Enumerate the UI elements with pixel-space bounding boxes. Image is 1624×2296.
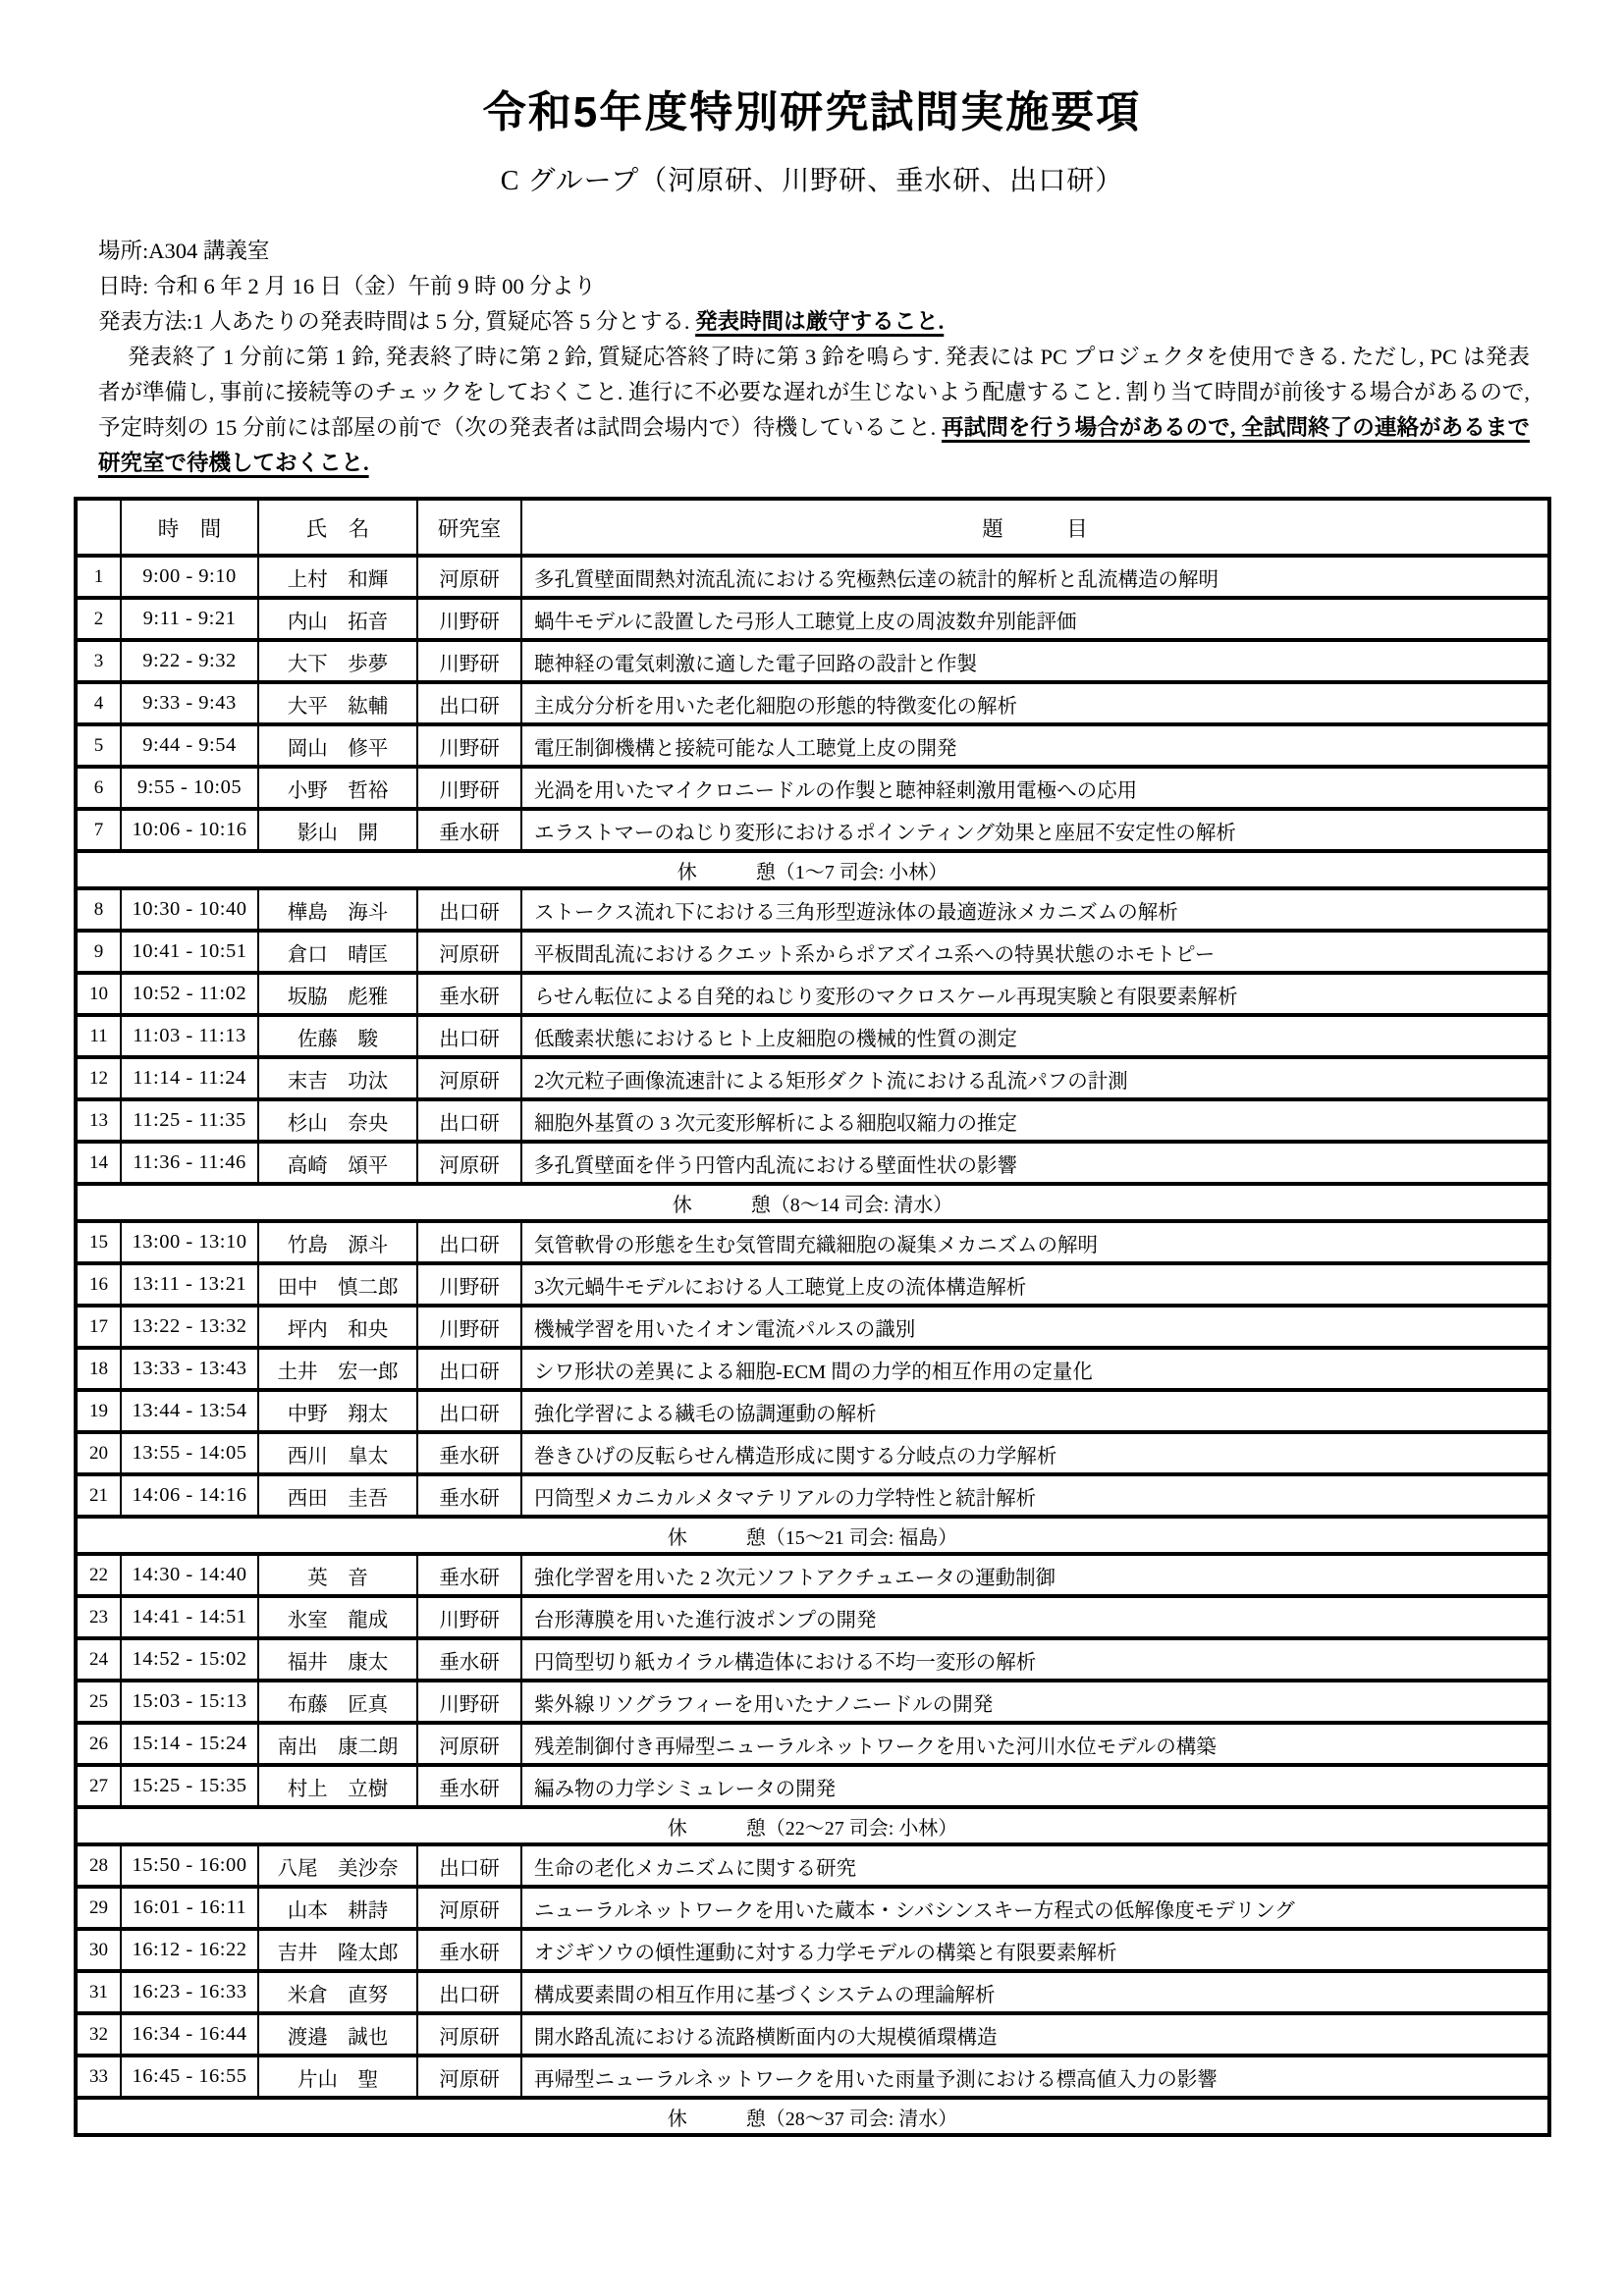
- title-cell: 光渦を用いたマイクロニードルの作製と聴神経刺激用電極への応用: [521, 767, 1549, 809]
- row-number-cell: 11: [76, 1015, 121, 1057]
- break-row: 休 憩（8～14 司会: 清水）: [76, 1184, 1549, 1221]
- schedule-table: 時 間氏 名研究室題 目 19:00 - 9:10上村 和輝河原研多孔質壁面間熱…: [74, 497, 1551, 2137]
- row-number-cell: 22: [76, 1554, 121, 1596]
- name-cell: 片山 聖: [258, 2056, 417, 2098]
- column-header-time: 時 間: [121, 499, 258, 556]
- time-cell: 11:25 - 11:35: [121, 1099, 258, 1142]
- title-cell: 電圧制御機構と接続可能な人工聴覚上皮の開発: [521, 724, 1549, 767]
- break-row: 休 憩（15～21 司会: 福島）: [76, 1517, 1549, 1554]
- title-cell: 気管軟骨の形態を生む気管間充織細胞の凝集メカニズムの解明: [521, 1221, 1549, 1263]
- page-title: 令和5年度特別研究試問実施要項: [0, 0, 1624, 139]
- title-cell: 多孔質壁面を伴う円管内乱流における壁面性状の影響: [521, 1142, 1549, 1184]
- lab-cell: 川野研: [417, 1681, 521, 1723]
- lab-cell: 川野研: [417, 640, 521, 682]
- time-cell: 9:22 - 9:32: [121, 640, 258, 682]
- table-row: 1813:33 - 13:43土井 宏一郎出口研シワ形状の差異による細胞-ECM…: [76, 1348, 1549, 1390]
- title-cell: 機械学習を用いたイオン電流パルスの識別: [521, 1306, 1549, 1348]
- name-cell: 英 音: [258, 1554, 417, 1596]
- time-cell: 15:50 - 16:00: [121, 1844, 258, 1887]
- row-number-cell: 14: [76, 1142, 121, 1184]
- name-cell: 村上 立樹: [258, 1765, 417, 1807]
- title-cell: 円筒型メカニカルメタマテリアルの力学特性と統計解析: [521, 1474, 1549, 1517]
- title-cell: 聴神経の電気刺激に適した電子回路の設計と作製: [521, 640, 1549, 682]
- table-row: 2515:03 - 15:13布藤 匠真川野研紫外線リソグラフィーを用いたナノニ…: [76, 1681, 1549, 1723]
- row-number-cell: 18: [76, 1348, 121, 1390]
- time-cell: 13:00 - 13:10: [121, 1221, 258, 1263]
- row-number-cell: 3: [76, 640, 121, 682]
- table-row: 910:41 - 10:51倉口 晴匡河原研平板間乱流におけるクエット系からポア…: [76, 931, 1549, 973]
- title-cell: 巻きひげの反転らせん構造形成に関する分岐点の力学解析: [521, 1432, 1549, 1474]
- lab-cell: 出口研: [417, 1348, 521, 1390]
- row-number-cell: 25: [76, 1681, 121, 1723]
- title-cell: 蝸牛モデルに設置した弓形人工聴覚上皮の周波数弁別能評価: [521, 598, 1549, 640]
- lab-cell: 河原研: [417, 556, 521, 598]
- lab-cell: 川野研: [417, 1306, 521, 1348]
- table-row: 2615:14 - 15:24南出 康二朗河原研残差制御付き再帰型ニューラルネッ…: [76, 1723, 1549, 1765]
- lab-cell: 垂水研: [417, 1554, 521, 1596]
- time-cell: 10:06 - 10:16: [121, 809, 258, 851]
- name-cell: 杉山 奈央: [258, 1099, 417, 1142]
- title-cell: 開水路乱流における流路横断面内の大規模循環構造: [521, 2013, 1549, 2056]
- lab-cell: 河原研: [417, 931, 521, 973]
- table-row: 1211:14 - 11:24末吉 功汰河原研2次元粒子画像流速計による矩形ダク…: [76, 1057, 1549, 1099]
- method-emphasis: 発表時間は厳守すること.: [695, 309, 944, 334]
- title-cell: 2次元粒子画像流速計による矩形ダクト流における乱流パフの計測: [521, 1057, 1549, 1099]
- table-row: 3316:45 - 16:55片山 聖河原研再帰型ニューラルネットワークを用いた…: [76, 2056, 1549, 2098]
- lab-cell: 出口研: [417, 682, 521, 724]
- break-label: 休 憩（8～14 司会: 清水）: [76, 1184, 1549, 1221]
- lab-cell: 出口研: [417, 1221, 521, 1263]
- row-number-cell: 33: [76, 2056, 121, 2098]
- lab-cell: 河原研: [417, 2056, 521, 2098]
- row-number-cell: 4: [76, 682, 121, 724]
- break-row: 休 憩（22～27 司会: 小林）: [76, 1807, 1549, 1844]
- row-number-cell: 21: [76, 1474, 121, 1517]
- row-number-cell: 31: [76, 1971, 121, 2013]
- name-cell: 高崎 頌平: [258, 1142, 417, 1184]
- table-row: 1111:03 - 11:13佐藤 駿出口研低酸素状態におけるヒト上皮細胞の機械…: [76, 1015, 1549, 1057]
- break-label: 休 憩（15～21 司会: 福島）: [76, 1517, 1549, 1554]
- title-cell: 強化学習による繊毛の協調運動の解析: [521, 1390, 1549, 1432]
- name-cell: 佐藤 駿: [258, 1015, 417, 1057]
- lab-cell: 垂水研: [417, 1929, 521, 1971]
- row-number-cell: 30: [76, 1929, 121, 1971]
- time-cell: 9:00 - 9:10: [121, 556, 258, 598]
- table-row: 1613:11 - 13:21田中 慎二郎川野研3次元蝸牛モデルにおける人工聴覚…: [76, 1263, 1549, 1306]
- title-cell: 構成要素間の相互作用に基づくシステムの理論解析: [521, 1971, 1549, 2013]
- table-row: 1311:25 - 11:35杉山 奈央出口研細胞外基質の 3 次元変形解析によ…: [76, 1099, 1549, 1142]
- title-cell: 再帰型ニューラルネットワークを用いた雨量予測における標高値入力の影響: [521, 2056, 1549, 2098]
- lab-cell: 川野研: [417, 1596, 521, 1638]
- row-number-cell: 6: [76, 767, 121, 809]
- title-cell: 平板間乱流におけるクエット系からポアズイユ系への特異状態のホモトピー: [521, 931, 1549, 973]
- column-header-no: [76, 499, 121, 556]
- lab-cell: 出口研: [417, 1015, 521, 1057]
- time-cell: 10:30 - 10:40: [121, 888, 258, 931]
- table-row: 19:00 - 9:10上村 和輝河原研多孔質壁面間熱対流乱流における究極熱伝達…: [76, 556, 1549, 598]
- table-row: 2214:30 - 14:40英 音垂水研強化学習を用いた 2 次元ソフトアクチ…: [76, 1554, 1549, 1596]
- row-number-cell: 17: [76, 1306, 121, 1348]
- title-cell: シワ形状の差異による細胞-ECM 間の力学的相互作用の定量化: [521, 1348, 1549, 1390]
- time-cell: 9:55 - 10:05: [121, 767, 258, 809]
- lab-cell: 垂水研: [417, 973, 521, 1015]
- row-number-cell: 16: [76, 1263, 121, 1306]
- row-number-cell: 20: [76, 1432, 121, 1474]
- name-cell: 南出 康二朗: [258, 1723, 417, 1765]
- break-label: 休 憩（1～7 司会: 小林）: [76, 851, 1549, 888]
- name-cell: 樺島 海斗: [258, 888, 417, 931]
- lab-cell: 出口研: [417, 1971, 521, 2013]
- table-header-row: 時 間氏 名研究室題 目: [76, 499, 1549, 556]
- lab-cell: 河原研: [417, 1142, 521, 1184]
- row-number-cell: 23: [76, 1596, 121, 1638]
- name-cell: 小野 哲裕: [258, 767, 417, 809]
- title-cell: 編み物の力学シミュレータの開発: [521, 1765, 1549, 1807]
- row-number-cell: 32: [76, 2013, 121, 2056]
- title-cell: らせん転位による自発的ねじり変形のマクロスケール再現実験と有限要素解析: [521, 973, 1549, 1015]
- table-row: 2414:52 - 15:02福井 康太垂水研円筒型切り紙カイラル構造体における…: [76, 1638, 1549, 1681]
- document-page: 令和5年度特別研究試問実施要項 C グループ（河原研、川野研、垂水研、出口研） …: [0, 0, 1624, 2296]
- row-number-cell: 13: [76, 1099, 121, 1142]
- row-number-cell: 27: [76, 1765, 121, 1807]
- lab-cell: 河原研: [417, 1057, 521, 1099]
- table-row: 29:11 - 9:21内山 拓音川野研蝸牛モデルに設置した弓形人工聴覚上皮の周…: [76, 598, 1549, 640]
- row-number-cell: 28: [76, 1844, 121, 1887]
- table-row: 39:22 - 9:32大下 歩夢川野研聴神経の電気刺激に適した電子回路の設計と…: [76, 640, 1549, 682]
- time-cell: 13:44 - 13:54: [121, 1390, 258, 1432]
- row-number-cell: 9: [76, 931, 121, 973]
- time-cell: 15:25 - 15:35: [121, 1765, 258, 1807]
- table-row: 2114:06 - 14:16西田 圭吾垂水研円筒型メカニカルメタマテリアルの力…: [76, 1474, 1549, 1517]
- lab-cell: 出口研: [417, 1390, 521, 1432]
- title-cell: 紫外線リソグラフィーを用いたナノニードルの開発: [521, 1681, 1549, 1723]
- table-row: 1713:22 - 13:32坪内 和央川野研機械学習を用いたイオン電流パルスの…: [76, 1306, 1549, 1348]
- row-number-cell: 12: [76, 1057, 121, 1099]
- column-header-name: 氏 名: [258, 499, 417, 556]
- lab-cell: 川野研: [417, 724, 521, 767]
- break-row: 休 憩（1～7 司会: 小林）: [76, 851, 1549, 888]
- title-cell: ストークス流れ下における三角形型遊泳体の最適遊泳メカニズムの解析: [521, 888, 1549, 931]
- name-cell: 大平 紘輔: [258, 682, 417, 724]
- title-cell: 細胞外基質の 3 次元変形解析による細胞収縮力の推定: [521, 1099, 1549, 1142]
- time-cell: 16:45 - 16:55: [121, 2056, 258, 2098]
- table-row: 59:44 - 9:54岡山 修平川野研電圧制御機構と接続可能な人工聴覚上皮の開…: [76, 724, 1549, 767]
- name-cell: 山本 耕詩: [258, 1887, 417, 1929]
- lab-cell: 川野研: [417, 598, 521, 640]
- title-cell: 低酸素状態におけるヒト上皮細胞の機械的性質の測定: [521, 1015, 1549, 1057]
- lab-cell: 川野研: [417, 1263, 521, 1306]
- lab-cell: 垂水研: [417, 809, 521, 851]
- place-line: 場所:A304 講義室: [98, 234, 1530, 269]
- lab-cell: 出口研: [417, 1844, 521, 1887]
- lab-cell: 出口研: [417, 1099, 521, 1142]
- method-text: 発表方法:1 人あたりの発表時間は 5 分, 質疑応答 5 分とする.: [98, 309, 695, 334]
- time-cell: 11:36 - 11:46: [121, 1142, 258, 1184]
- column-header-lab: 研究室: [417, 499, 521, 556]
- row-number-cell: 1: [76, 556, 121, 598]
- notes-paragraph: 発表終了 1 分前に第 1 鈴, 発表終了時に第 2 鈴, 質疑応答終了時に第 …: [98, 340, 1530, 481]
- break-label: 休 憩（28～37 司会: 清水）: [76, 2098, 1549, 2135]
- time-cell: 9:11 - 9:21: [121, 598, 258, 640]
- table-row: 710:06 - 10:16影山 開垂水研エラストマーのねじり変形におけるポイン…: [76, 809, 1549, 851]
- row-number-cell: 2: [76, 598, 121, 640]
- row-number-cell: 26: [76, 1723, 121, 1765]
- time-cell: 14:52 - 15:02: [121, 1638, 258, 1681]
- row-number-cell: 29: [76, 1887, 121, 1929]
- time-cell: 13:22 - 13:32: [121, 1306, 258, 1348]
- row-number-cell: 5: [76, 724, 121, 767]
- lab-cell: 河原研: [417, 1887, 521, 1929]
- table-row: 3216:34 - 16:44渡邉 誠也河原研開水路乱流における流路横断面内の大…: [76, 2013, 1549, 2056]
- name-cell: 影山 開: [258, 809, 417, 851]
- time-cell: 16:34 - 16:44: [121, 2013, 258, 2056]
- time-cell: 13:11 - 13:21: [121, 1263, 258, 1306]
- name-cell: 吉井 隆太郎: [258, 1929, 417, 1971]
- lab-cell: 河原研: [417, 1723, 521, 1765]
- title-cell: 台形薄膜を用いた進行波ポンプの開発: [521, 1596, 1549, 1638]
- table-row: 2013:55 - 14:05西川 皐太垂水研巻きひげの反転らせん構造形成に関す…: [76, 1432, 1549, 1474]
- lab-cell: 河原研: [417, 2013, 521, 2056]
- time-cell: 16:01 - 16:11: [121, 1887, 258, 1929]
- title-cell: エラストマーのねじり変形におけるポインティング効果と座屈不安定性の解析: [521, 809, 1549, 851]
- name-cell: 上村 和輝: [258, 556, 417, 598]
- datetime-line: 日時: 令和 6 年 2 月 16 日（金）午前 9 時 00 分より: [98, 269, 1530, 304]
- table-row: 3016:12 - 16:22吉井 隆太郎垂水研オジギソウの傾性運動に対する力学…: [76, 1929, 1549, 1971]
- page-subtitle: C グループ（河原研、川野研、垂水研、出口研）: [0, 159, 1624, 198]
- name-cell: 大下 歩夢: [258, 640, 417, 682]
- time-cell: 13:33 - 13:43: [121, 1348, 258, 1390]
- name-cell: 竹島 源斗: [258, 1221, 417, 1263]
- row-number-cell: 15: [76, 1221, 121, 1263]
- table-row: 2715:25 - 15:35村上 立樹垂水研編み物の力学シミュレータの開発: [76, 1765, 1549, 1807]
- name-cell: 内山 拓音: [258, 598, 417, 640]
- row-number-cell: 24: [76, 1638, 121, 1681]
- row-number-cell: 7: [76, 809, 121, 851]
- name-cell: 八尾 美沙奈: [258, 1844, 417, 1887]
- name-cell: 中野 翔太: [258, 1390, 417, 1432]
- table-row: 2916:01 - 16:11山本 耕詩河原研ニューラルネットワークを用いた蔵本…: [76, 1887, 1549, 1929]
- row-number-cell: 19: [76, 1390, 121, 1432]
- name-cell: 坂脇 彪雅: [258, 973, 417, 1015]
- table-row: 49:33 - 9:43大平 紘輔出口研主成分分析を用いた老化細胞の形態的特徴変…: [76, 682, 1549, 724]
- table-row: 2314:41 - 14:51氷室 龍成川野研台形薄膜を用いた進行波ポンプの開発: [76, 1596, 1549, 1638]
- name-cell: 西川 皐太: [258, 1432, 417, 1474]
- lab-cell: 垂水研: [417, 1638, 521, 1681]
- time-cell: 11:14 - 11:24: [121, 1057, 258, 1099]
- title-cell: 多孔質壁面間熱対流乱流における究極熱伝達の統計的解析と乱流構造の解明: [521, 556, 1549, 598]
- name-cell: 末吉 功汰: [258, 1057, 417, 1099]
- table-row: 1010:52 - 11:02坂脇 彪雅垂水研らせん転位による自発的ねじり変形の…: [76, 973, 1549, 1015]
- title-cell: 主成分分析を用いた老化細胞の形態的特徴変化の解析: [521, 682, 1549, 724]
- name-cell: 氷室 龍成: [258, 1596, 417, 1638]
- table-row: 810:30 - 10:40樺島 海斗出口研ストークス流れ下における三角形型遊泳…: [76, 888, 1549, 931]
- table-row: 1411:36 - 11:46高崎 頌平河原研多孔質壁面を伴う円管内乱流における…: [76, 1142, 1549, 1184]
- time-cell: 16:12 - 16:22: [121, 1929, 258, 1971]
- table-row: 1513:00 - 13:10竹島 源斗出口研気管軟骨の形態を生む気管間充織細胞…: [76, 1221, 1549, 1263]
- name-cell: 渡邉 誠也: [258, 2013, 417, 2056]
- row-number-cell: 8: [76, 888, 121, 931]
- title-cell: 強化学習を用いた 2 次元ソフトアクチュエータの運動制御: [521, 1554, 1549, 1596]
- time-cell: 10:52 - 11:02: [121, 973, 258, 1015]
- table-row: 1913:44 - 13:54中野 翔太出口研強化学習による繊毛の協調運動の解析: [76, 1390, 1549, 1432]
- schedule-table-body: 19:00 - 9:10上村 和輝河原研多孔質壁面間熱対流乱流における究極熱伝達…: [76, 556, 1549, 2135]
- time-cell: 11:03 - 11:13: [121, 1015, 258, 1057]
- time-cell: 15:03 - 15:13: [121, 1681, 258, 1723]
- break-label: 休 憩（22～27 司会: 小林）: [76, 1807, 1549, 1844]
- title-cell: オジギソウの傾性運動に対する力学モデルの構築と有限要素解析: [521, 1929, 1549, 1971]
- time-cell: 13:55 - 14:05: [121, 1432, 258, 1474]
- name-cell: 土井 宏一郎: [258, 1348, 417, 1390]
- name-cell: 岡山 修平: [258, 724, 417, 767]
- name-cell: 米倉 直努: [258, 1971, 417, 2013]
- table-row: 2815:50 - 16:00八尾 美沙奈出口研生命の老化メカニズムに関する研究: [76, 1844, 1549, 1887]
- time-cell: 14:06 - 14:16: [121, 1474, 258, 1517]
- title-cell: 残差制御付き再帰型ニューラルネットワークを用いた河川水位モデルの構築: [521, 1723, 1549, 1765]
- lab-cell: 垂水研: [417, 1432, 521, 1474]
- method-line: 発表方法:1 人あたりの発表時間は 5 分, 質疑応答 5 分とする. 発表時間…: [98, 304, 1530, 340]
- time-cell: 14:30 - 14:40: [121, 1554, 258, 1596]
- lab-cell: 垂水研: [417, 1474, 521, 1517]
- title-cell: 生命の老化メカニズムに関する研究: [521, 1844, 1549, 1887]
- name-cell: 西田 圭吾: [258, 1474, 417, 1517]
- time-cell: 9:44 - 9:54: [121, 724, 258, 767]
- name-cell: 福井 康太: [258, 1638, 417, 1681]
- time-cell: 16:23 - 16:33: [121, 1971, 258, 2013]
- time-cell: 9:33 - 9:43: [121, 682, 258, 724]
- time-cell: 15:14 - 15:24: [121, 1723, 258, 1765]
- table-row: 3116:23 - 16:33米倉 直努出口研構成要素間の相互作用に基づくシステ…: [76, 1971, 1549, 2013]
- lab-cell: 垂水研: [417, 1765, 521, 1807]
- lab-cell: 川野研: [417, 767, 521, 809]
- lab-cell: 出口研: [417, 888, 521, 931]
- time-cell: 14:41 - 14:51: [121, 1596, 258, 1638]
- column-header-title: 題 目: [521, 499, 1549, 556]
- name-cell: 坪内 和央: [258, 1306, 417, 1348]
- name-cell: 布藤 匠真: [258, 1681, 417, 1723]
- title-cell: ニューラルネットワークを用いた蔵本・シバシンスキー方程式の低解像度モデリング: [521, 1887, 1549, 1929]
- name-cell: 倉口 晴匡: [258, 931, 417, 973]
- table-row: 69:55 - 10:05小野 哲裕川野研光渦を用いたマイクロニードルの作製と聴…: [76, 767, 1549, 809]
- title-cell: 3次元蝸牛モデルにおける人工聴覚上皮の流体構造解析: [521, 1263, 1549, 1306]
- info-block: 場所:A304 講義室 日時: 令和 6 年 2 月 16 日（金）午前 9 時…: [98, 234, 1530, 481]
- break-row: 休 憩（28～37 司会: 清水）: [76, 2098, 1549, 2135]
- title-cell: 円筒型切り紙カイラル構造体における不均一変形の解析: [521, 1638, 1549, 1681]
- time-cell: 10:41 - 10:51: [121, 931, 258, 973]
- name-cell: 田中 慎二郎: [258, 1263, 417, 1306]
- row-number-cell: 10: [76, 973, 121, 1015]
